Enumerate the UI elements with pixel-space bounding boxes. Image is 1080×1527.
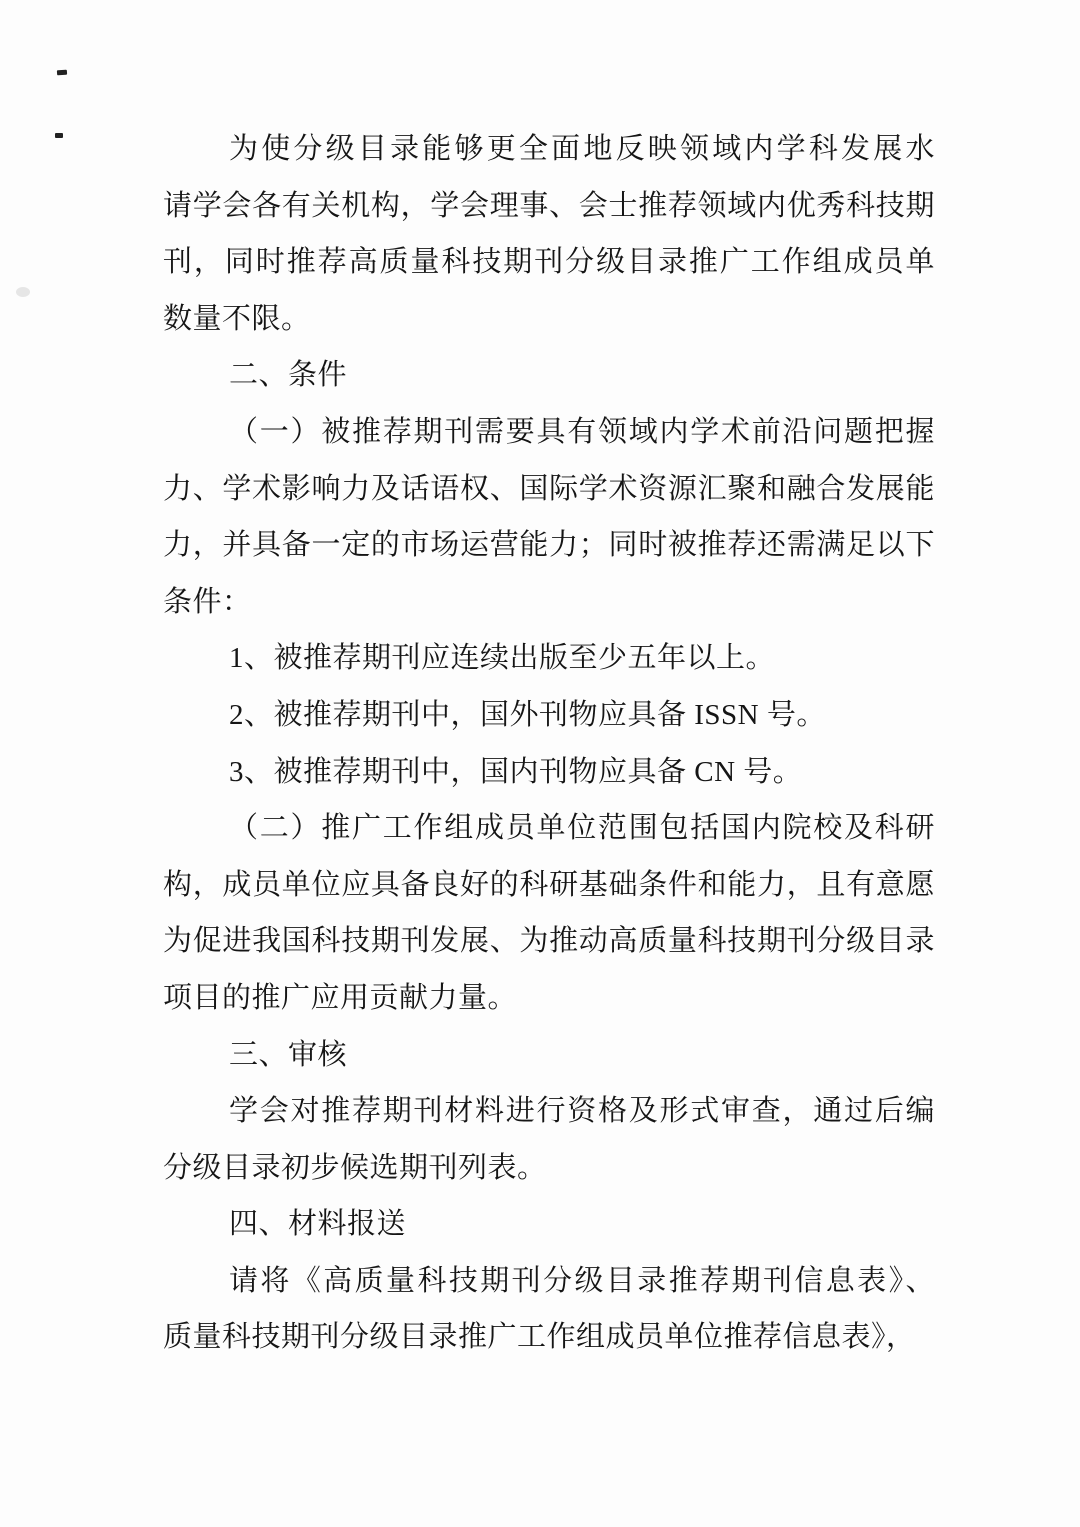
- paragraph-review: 学会对推荐期刊材料进行资格及形式审查，通过后编入 分级目录初步候选期刊列表。: [163, 1083, 935, 1196]
- text-line: 构，成员单位应具备良好的科研基础条件和能力，且有意愿: [163, 857, 935, 914]
- text-line: 力、学术影响力及话语权、国际学术资源汇聚和融合发展能: [163, 461, 935, 518]
- section-submission: 四、材料报送 请将《高质量科技期刊分级目录推荐期刊信息表》、《高 质量科技期刊分…: [163, 1196, 935, 1366]
- text-line: 分级目录初步候选期刊列表。: [163, 1140, 935, 1197]
- scan-artifact-smudge: [16, 287, 30, 297]
- text-line: 为促进我国科技期刊发展、为推动高质量科技期刊分级目录: [163, 913, 935, 970]
- text-line: 力，并具备一定的市场运营能力；同时被推荐还需满足以下: [163, 517, 935, 574]
- section-review: 三、审核 学会对推荐期刊材料进行资格及形式审查，通过后编入 分级目录初步候选期刊…: [163, 1027, 935, 1197]
- text-line: 请学会各有关机构，学会理事、会士推荐领域内优秀科技期: [163, 178, 935, 235]
- scan-artifact-dash: [57, 70, 67, 76]
- list-item: 1、被推荐期刊应连续出版至少五年以上。: [163, 630, 935, 687]
- text-line: 条件：: [163, 574, 935, 631]
- text-line: 为使分级目录能够更全面地反映领域内学科发展水平，: [163, 121, 935, 178]
- text-line: 数量不限。: [163, 291, 935, 348]
- text-line: （一）被推荐期刊需要具有领域内学术前沿问题把握能: [163, 404, 935, 461]
- text-line: （二）推广工作组成员单位范围包括国内院校及科研机: [163, 800, 935, 857]
- text-line: 刊，同时推荐高质量科技期刊分级目录推广工作组成员单位，: [163, 234, 935, 291]
- text-line: 请将《高质量科技期刊分级目录推荐期刊信息表》、《高: [163, 1253, 935, 1310]
- text-line: 质量科技期刊分级目录推广工作组成员单位推荐信息表》，: [163, 1309, 935, 1366]
- text-line: 学会对推荐期刊材料进行资格及形式审查，通过后编入: [163, 1083, 935, 1140]
- section-heading-submission: 四、材料报送: [163, 1196, 935, 1253]
- section-conditions: 二、条件 （一）被推荐期刊需要具有领域内学术前沿问题把握能 力、学术影响力及话语…: [163, 347, 935, 1026]
- paragraph-intro: 为使分级目录能够更全面地反映领域内学科发展水平， 请学会各有关机构，学会理事、会…: [163, 121, 935, 347]
- scanned-document-page: 为使分级目录能够更全面地反映领域内学科发展水平， 请学会各有关机构，学会理事、会…: [0, 0, 1080, 1527]
- paragraph-condition-member-units: （二）推广工作组成员单位范围包括国内院校及科研机 构，成员单位应具备良好的科研基…: [163, 800, 935, 1026]
- text-line: 项目的推广应用贡献力量。: [163, 970, 935, 1027]
- section-heading-review: 三、审核: [163, 1027, 935, 1084]
- list-item: 3、被推荐期刊中，国内刊物应具备 CN 号。: [163, 744, 935, 801]
- list-item: 2、被推荐期刊中，国外刊物应具备 ISSN 号。: [163, 687, 935, 744]
- condition-list: 1、被推荐期刊应连续出版至少五年以上。 2、被推荐期刊中，国外刊物应具备 ISS…: [163, 630, 935, 800]
- scan-artifact-dash: [55, 133, 63, 138]
- paragraph-submission: 请将《高质量科技期刊分级目录推荐期刊信息表》、《高 质量科技期刊分级目录推广工作…: [163, 1253, 935, 1366]
- paragraph-condition-journals: （一）被推荐期刊需要具有领域内学术前沿问题把握能 力、学术影响力及话语权、国际学…: [163, 404, 935, 630]
- section-heading-conditions: 二、条件: [163, 347, 935, 404]
- document-body: 为使分级目录能够更全面地反映领域内学科发展水平， 请学会各有关机构，学会理事、会…: [163, 121, 935, 1366]
